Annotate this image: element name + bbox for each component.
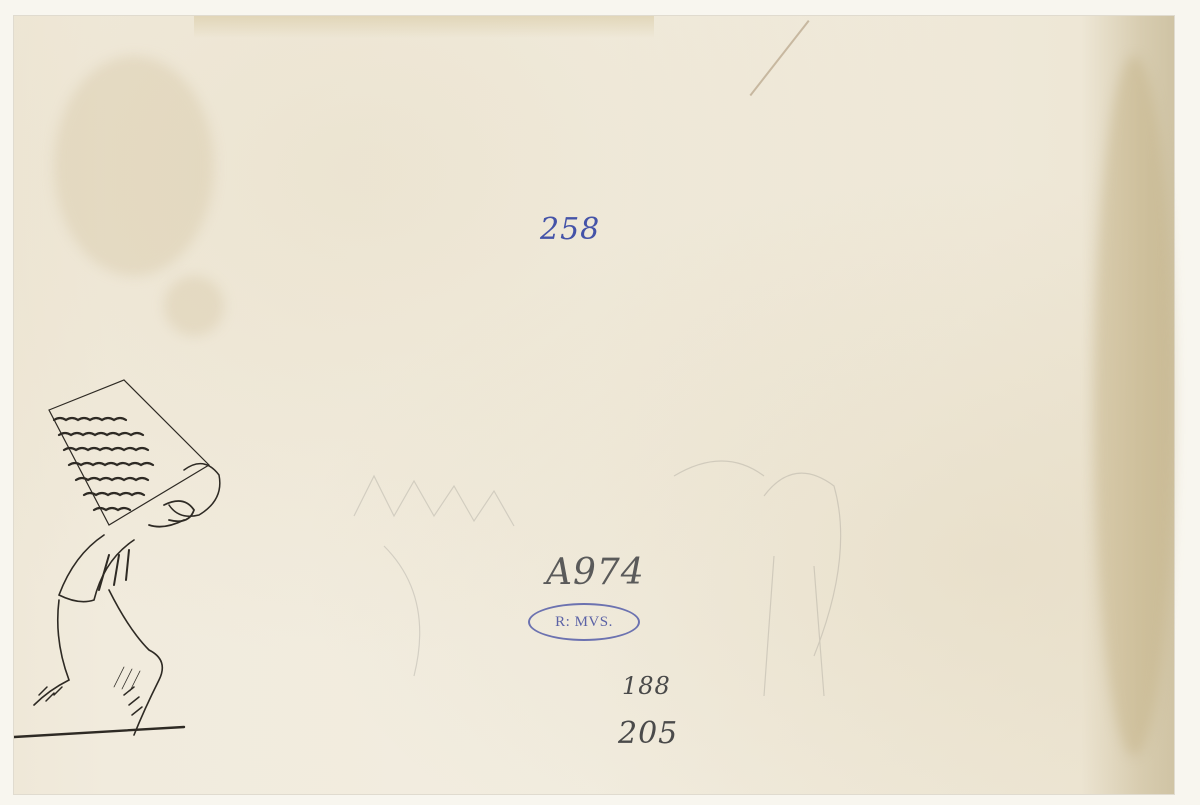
inscription-lower-number-1: 188 [622,672,671,700]
collector-stamp: R: MVS. [528,603,640,641]
right-edge-stain [1094,56,1174,756]
top-edge-discoloration [194,16,654,38]
paper-stain [54,56,214,276]
mount-background: 258 A974 R: MVS. 188 205 [0,0,1200,805]
stamp-text: R: MVS. [555,614,613,631]
inscription-lower-number-2: 205 [618,716,678,751]
inscription-inventory-number: A974 [546,552,645,593]
paper-stain [164,276,224,336]
basket-carrier-sketch [14,375,244,760]
inscription-top-number: 258 [540,212,600,247]
